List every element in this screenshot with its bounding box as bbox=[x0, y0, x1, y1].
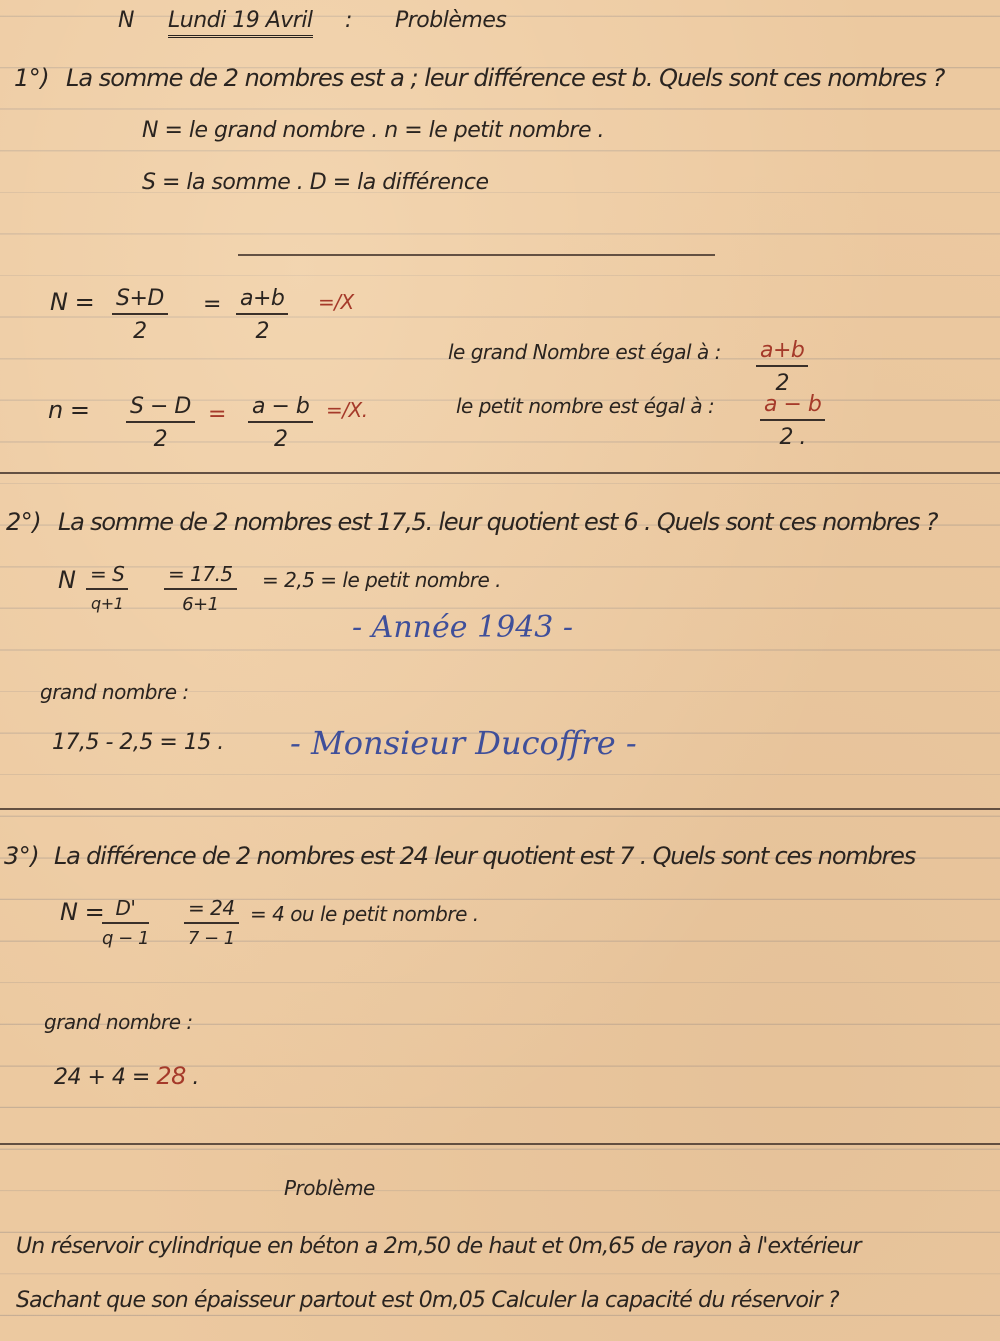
header-date: Lundi 19 Avril bbox=[168, 8, 313, 38]
p2-frac1-denominator: q+1 bbox=[91, 594, 123, 613]
fraction-bar bbox=[86, 588, 128, 590]
stamp-teacher-name: - Monsieur Ducoffre - bbox=[290, 724, 637, 762]
eq2-equals: = bbox=[208, 402, 226, 427]
header-separator: : bbox=[345, 8, 352, 33]
stamp-year: - Année 1943 - bbox=[352, 610, 573, 645]
eq1-equals: = bbox=[203, 292, 221, 317]
eq2-frac2-denominator: 2 bbox=[274, 427, 288, 452]
eq2-lhs: n = bbox=[48, 396, 89, 424]
p2-grand-calc: 17,5 - 2,5 = 15 . bbox=[52, 730, 224, 755]
eq1-lhs: N = bbox=[50, 288, 94, 316]
eq1-frac2-denominator: 2 bbox=[255, 319, 269, 344]
problem-4-line-2: Sachant que son épaisseur partout est 0m… bbox=[16, 1288, 839, 1313]
eq2-fraction-1: S − D 2 bbox=[126, 394, 195, 452]
eq2-frac1-numerator: S − D bbox=[126, 394, 195, 419]
p3-grand-calc-suffix: . bbox=[192, 1065, 199, 1090]
conclusion-grand-text: le grand Nombre est égal à : bbox=[448, 340, 721, 364]
p3-fraction-2: = 24 7 − 1 bbox=[184, 896, 239, 949]
p2-frac1-numerator: = S bbox=[86, 562, 128, 586]
conclusion-petit-numerator: a − b bbox=[760, 392, 825, 417]
p3-grand-calc: 24 + 4 = 28 . bbox=[54, 1062, 199, 1090]
p3-frac1-denominator: q − 1 bbox=[102, 928, 149, 949]
fraction-bar bbox=[164, 588, 237, 590]
eq1-frac1-numerator: S+D bbox=[112, 286, 168, 311]
eq2-red-correction: =/X. bbox=[326, 398, 368, 422]
section-divider-2 bbox=[0, 808, 1000, 810]
p3-fraction-1: D' q − 1 bbox=[102, 896, 149, 949]
fraction-bar bbox=[236, 313, 288, 315]
fraction-bar bbox=[756, 365, 808, 367]
problem-3-number: 3°) bbox=[4, 842, 39, 870]
fraction-bar bbox=[184, 922, 239, 924]
eq2-frac1-denominator: 2 bbox=[154, 427, 168, 452]
p3-eq-lhs: N = bbox=[60, 898, 104, 926]
eq1-fraction-2: a+b 2 bbox=[236, 286, 288, 344]
p2-frac2-denominator: 6+1 bbox=[182, 594, 219, 615]
problem-1-definitions-2: S = la somme . D = la différence bbox=[142, 170, 488, 195]
eq2-frac2-numerator: a − b bbox=[248, 394, 313, 419]
p3-grand-calc-result: 28 bbox=[156, 1062, 186, 1090]
header-title: Problèmes bbox=[395, 8, 506, 33]
conclusion-petit-denominator: 2 . bbox=[779, 425, 805, 450]
eq1-frac1-denominator: 2 bbox=[133, 319, 147, 344]
problem-2-number: 2°) bbox=[6, 508, 41, 536]
p2-fraction-1: = S q+1 bbox=[86, 562, 128, 613]
p3-eq-result: = 4 ou le petit nombre . bbox=[250, 902, 479, 926]
fraction-bar bbox=[248, 421, 313, 423]
problem-1-definitions-1: N = le grand nombre . n = le petit nombr… bbox=[142, 118, 604, 143]
p3-grand-calc-prefix: 24 + 4 = bbox=[54, 1065, 150, 1090]
fraction-bar bbox=[112, 313, 168, 315]
p3-grand-label: grand nombre : bbox=[44, 1010, 193, 1034]
eq1-red-correction: =/X bbox=[318, 290, 354, 314]
problem-1-statement: La somme de 2 nombres est a ; leur diffé… bbox=[66, 64, 944, 92]
conclusion-grand-fraction: a+b 2 bbox=[756, 338, 808, 396]
divider-short bbox=[238, 254, 715, 256]
eq2-fraction-2: a − b 2 bbox=[248, 394, 313, 452]
conclusion-petit-text: le petit nombre est égal à : bbox=[456, 394, 714, 418]
fraction-bar bbox=[760, 419, 825, 421]
eq1-fraction-1: S+D 2 bbox=[112, 286, 168, 344]
p2-eq-lhs: N bbox=[58, 566, 75, 594]
problem-3-statement: La différence de 2 nombres est 24 leur q… bbox=[54, 842, 915, 870]
problem-4-line-1: Un réservoir cylindrique en béton a 2m,5… bbox=[16, 1234, 861, 1259]
p3-frac1-numerator: D' bbox=[112, 896, 140, 920]
fraction-bar bbox=[126, 421, 195, 423]
p2-fraction-2: = 17.5 6+1 bbox=[164, 562, 237, 615]
fraction-bar bbox=[102, 922, 149, 924]
p2-frac2-numerator: = 17.5 bbox=[164, 562, 237, 586]
problem-1-number: 1°) bbox=[14, 64, 49, 92]
eq1-frac2-numerator: a+b bbox=[236, 286, 288, 311]
conclusion-petit-fraction: a − b 2 . bbox=[760, 392, 825, 450]
problem-2-statement: La somme de 2 nombres est 17,5. leur quo… bbox=[58, 508, 937, 536]
p3-frac2-numerator: = 24 bbox=[184, 896, 239, 920]
section-divider-1 bbox=[0, 472, 1000, 474]
header-marker: N bbox=[118, 8, 134, 33]
p3-frac2-denominator: 7 − 1 bbox=[188, 928, 235, 949]
problem-4-title: Problème bbox=[284, 1176, 375, 1200]
conclusion-grand-numerator: a+b bbox=[756, 338, 808, 363]
p2-eq-result: = 2,5 = le petit nombre . bbox=[262, 568, 501, 592]
p2-grand-label: grand nombre : bbox=[40, 680, 189, 704]
section-divider-3 bbox=[0, 1143, 1000, 1145]
